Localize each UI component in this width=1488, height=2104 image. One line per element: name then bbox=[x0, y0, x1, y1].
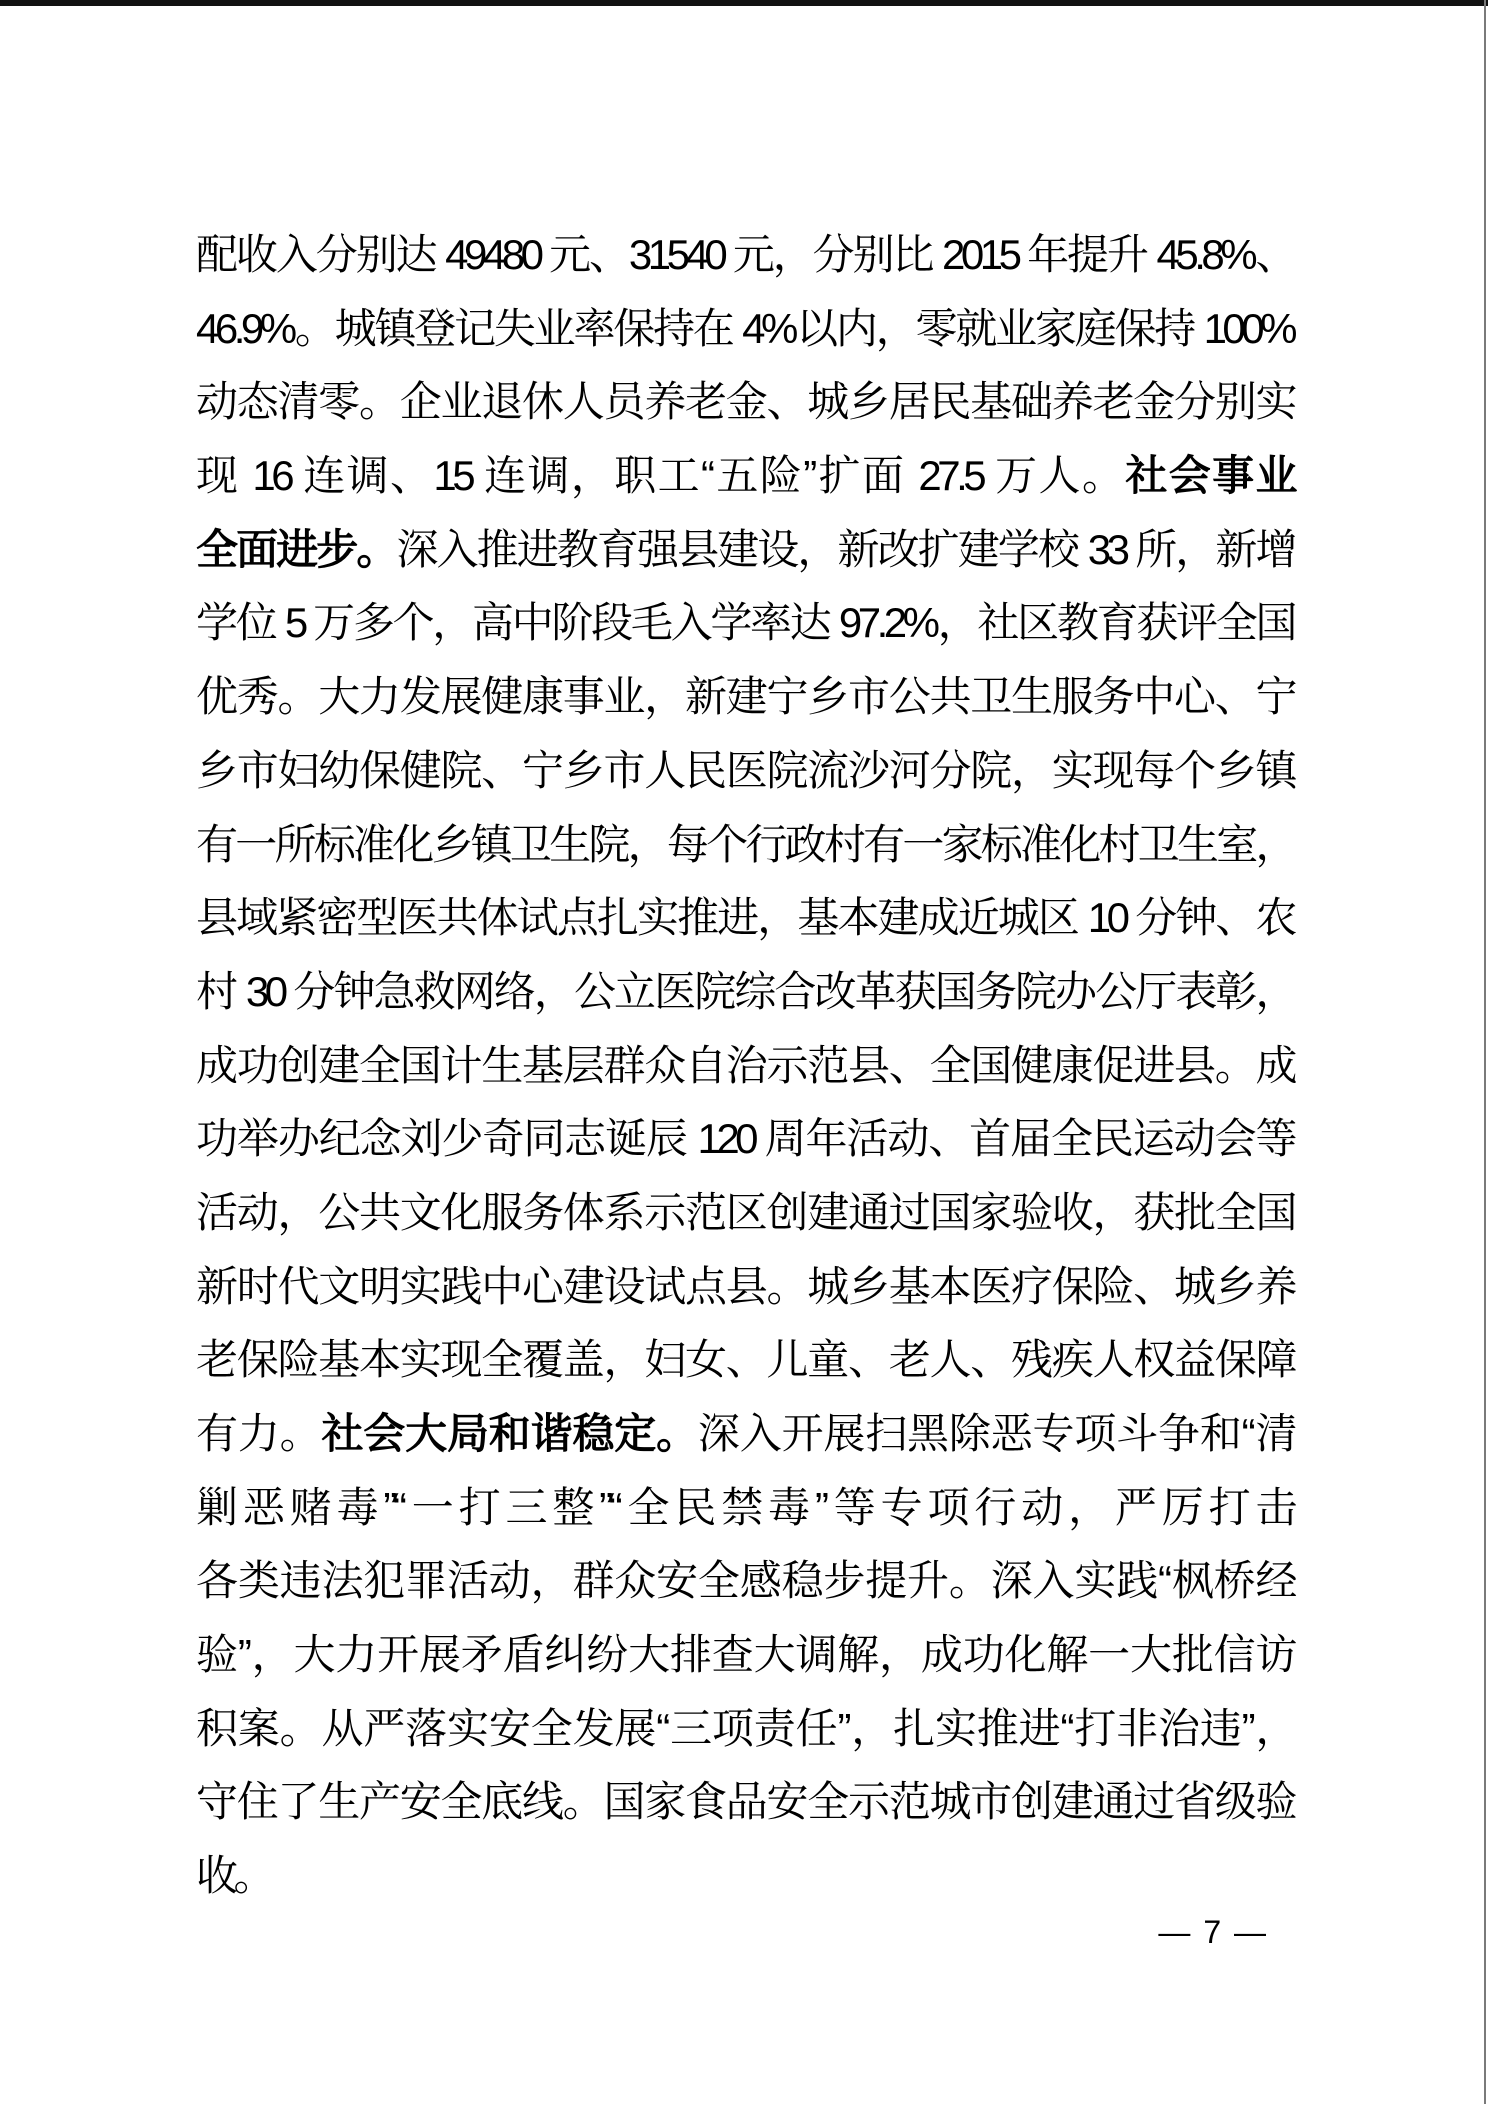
text-line: 积案。从严落实安全发展“三项责任”，扎实推进“打非治违”， bbox=[196, 1692, 1293, 1766]
text-line: 动态清零。企业退休人员养老金、城乡居民基础养老金分别实 bbox=[196, 365, 1293, 439]
text-segment: 新时代文明实践中心建设试点县。城乡基本医疗保险、城乡养 bbox=[196, 1263, 1293, 1310]
text-segment: 各类违法犯罪活动，群众安全感稳步提升。深入实践“枫桥经 bbox=[196, 1557, 1293, 1604]
text-segment: 优秀。大力发展健康事业，新建宁乡市公共卫生服务中心、宁 bbox=[196, 673, 1293, 720]
text-line: 县域紧密型医共体试点扎实推进，基本建成近城区 10 分钟、农 bbox=[196, 881, 1293, 955]
text-line: 各类违法犯罪活动，群众安全感稳步提升。深入实践“枫桥经 bbox=[196, 1544, 1293, 1618]
page-body: 配收入分别达 49480 元、31540 元，分别比 2015 年提升 45.8… bbox=[196, 218, 1293, 1913]
text-line: 乡市妇幼保健院、宁乡市人民医院流沙河分院，实现每个乡镇 bbox=[196, 734, 1293, 808]
text-segment: 积案。从严落实安全发展“三项责任”，扎实推进“打非治违”， bbox=[196, 1705, 1293, 1752]
page-number: — 7 — bbox=[1158, 1912, 1268, 1952]
bold-text-segment: 全面进步。 bbox=[196, 526, 396, 573]
text-line: 新时代文明实践中心建设试点县。城乡基本医疗保险、城乡养 bbox=[196, 1250, 1293, 1324]
text-segment: 守住了生产安全底线。国家食品安全示范城市创建通过省级验 bbox=[196, 1778, 1293, 1825]
text-segment: 学位 5 万多个，高中阶段毛入学率达 97.2%，社区教育获评全国 bbox=[196, 599, 1293, 646]
text-segment: 剿恶赌毒”“一打三整”“全民禁毒”等专项行动，严厉打击 bbox=[196, 1484, 1293, 1531]
text-line: 优秀。大力发展健康事业，新建宁乡市公共卫生服务中心、宁 bbox=[196, 660, 1293, 734]
text-segment: 动态清零。企业退休人员养老金、城乡居民基础养老金分别实 bbox=[196, 378, 1293, 425]
bold-text-segment: 社会事业 bbox=[1125, 452, 1293, 499]
text-line: 活动，公共文化服务体系示范区创建通过国家验收，获批全国 bbox=[196, 1176, 1293, 1250]
text-segment: 功举办纪念刘少奇同志诞辰 120 周年活动、首届全民运动会等 bbox=[196, 1115, 1293, 1162]
scan-edge-right bbox=[1484, 0, 1486, 2104]
document-page: 配收入分别达 49480 元、31540 元，分别比 2015 年提升 45.8… bbox=[0, 0, 1488, 2104]
text-segment: 验”，大力开展矛盾纠纷大排查大调解，成功化解一大批信访 bbox=[196, 1631, 1293, 1678]
text-segment: 有力。 bbox=[196, 1410, 321, 1457]
text-line: 老保险基本实现全覆盖，妇女、儿童、老人、残疾人权益保障 bbox=[196, 1323, 1293, 1397]
text-segment: 活动，公共文化服务体系示范区创建通过国家验收，获批全国 bbox=[196, 1189, 1293, 1236]
text-line: 有力。社会大局和谐稳定。深入开展扫黑除恶专项斗争和“清 bbox=[196, 1397, 1293, 1471]
text-line: 功举办纪念刘少奇同志诞辰 120 周年活动、首届全民运动会等 bbox=[196, 1102, 1293, 1176]
text-segment: 收。 bbox=[196, 1852, 271, 1899]
text-line: 全面进步。深入推进教育强县建设，新改扩建学校 33 所，新增 bbox=[196, 513, 1293, 587]
text-segment: 深入推进教育强县建设，新改扩建学校 33 所，新增 bbox=[396, 526, 1293, 573]
text-line: 现 16 连调、15 连调，职工“五险”扩面 27.5 万人。社会事业 bbox=[196, 439, 1293, 513]
text-segment: 乡市妇幼保健院、宁乡市人民医院流沙河分院，实现每个乡镇 bbox=[196, 747, 1293, 794]
text-segment: 老保险基本实现全覆盖，妇女、儿童、老人、残疾人权益保障 bbox=[196, 1336, 1293, 1383]
text-segment: 深入开展扫黑除恶专项斗争和“清 bbox=[698, 1410, 1293, 1457]
text-line: 学位 5 万多个，高中阶段毛入学率达 97.2%，社区教育获评全国 bbox=[196, 586, 1293, 660]
text-segment: 有一所标准化乡镇卫生院，每个行政村有一家标准化村卫生室， bbox=[196, 821, 1293, 868]
text-line: 验”，大力开展矛盾纠纷大排查大调解，成功化解一大批信访 bbox=[196, 1618, 1293, 1692]
text-line: 成功创建全国计生基层群众自治示范县、全国健康促进县。成 bbox=[196, 1029, 1293, 1103]
text-line: 村 30 分钟急救网络，公立医院综合改革获国务院办公厅表彰， bbox=[196, 955, 1293, 1029]
text-line: 46.9%。城镇登记失业率保持在 4%以内，零就业家庭保持 100% bbox=[196, 292, 1293, 366]
bold-text-segment: 社会大局和谐稳定。 bbox=[321, 1410, 697, 1457]
text-line: 剿恶赌毒”“一打三整”“全民禁毒”等专项行动，严厉打击 bbox=[196, 1471, 1293, 1545]
text-segment: 配收入分别达 49480 元、31540 元，分别比 2015 年提升 45.8… bbox=[196, 231, 1293, 278]
text-line: 守住了生产安全底线。国家食品安全示范城市创建通过省级验 bbox=[196, 1765, 1293, 1839]
text-line: 收。 bbox=[196, 1839, 1293, 1913]
text-segment: 成功创建全国计生基层群众自治示范县、全国健康促进县。成 bbox=[196, 1042, 1293, 1089]
text-line: 配收入分别达 49480 元、31540 元，分别比 2015 年提升 45.8… bbox=[196, 218, 1293, 292]
text-segment: 现 16 连调、15 连调，职工“五险”扩面 27.5 万人。 bbox=[196, 452, 1125, 499]
text-segment: 46.9%。城镇登记失业率保持在 4%以内，零就业家庭保持 100% bbox=[196, 305, 1293, 352]
text-segment: 县域紧密型医共体试点扎实推进，基本建成近城区 10 分钟、农 bbox=[196, 894, 1293, 941]
text-line: 有一所标准化乡镇卫生院，每个行政村有一家标准化村卫生室， bbox=[196, 808, 1293, 882]
scan-edge-top bbox=[0, 0, 1488, 6]
text-segment: 村 30 分钟急救网络，公立医院综合改革获国务院办公厅表彰， bbox=[196, 968, 1293, 1015]
